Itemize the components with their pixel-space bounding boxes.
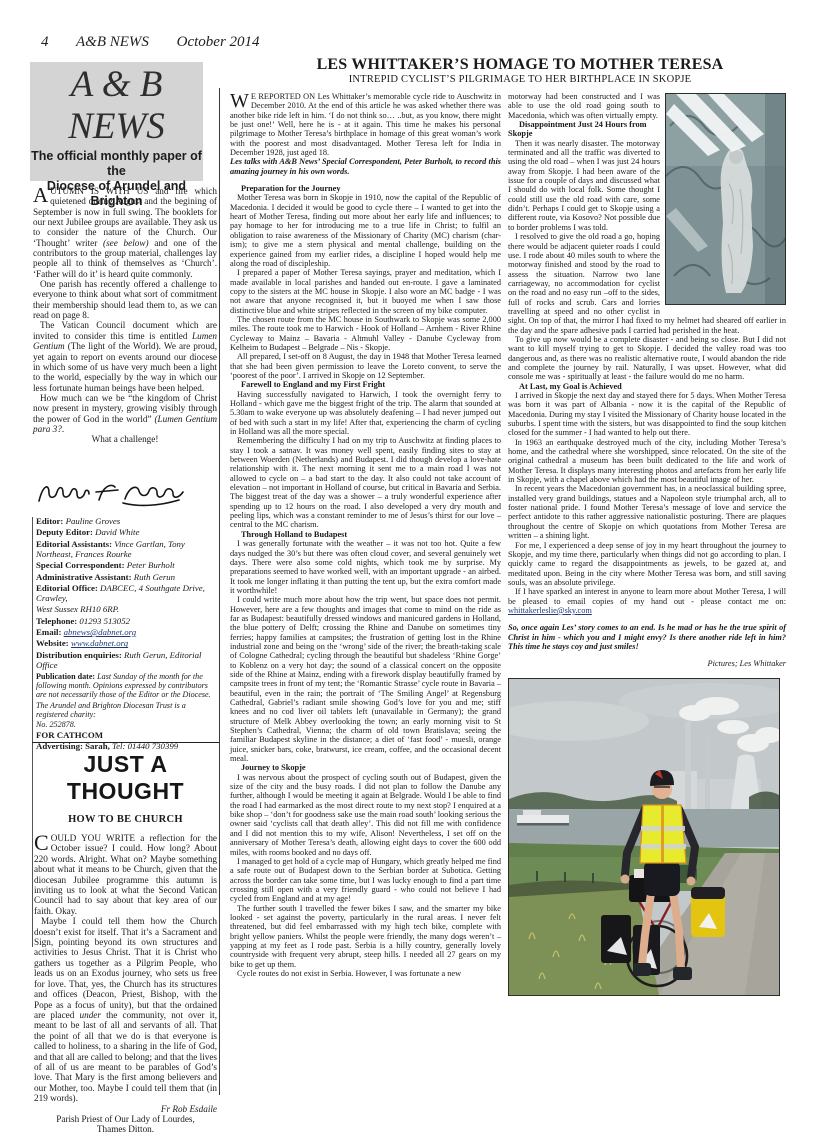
signature-image — [33, 479, 191, 509]
paragraph: In recent years the Macedonian governmen… — [508, 484, 786, 540]
paragraph: The chosen route from the MC house in So… — [230, 315, 501, 352]
how-to-be-church-heading: HOW TO BE CHURCH — [32, 814, 219, 825]
paragraph: If I have sparked an interest in anyone … — [508, 587, 786, 615]
editor-credit-line: Administrative Assistant: Ruth Gerun — [36, 573, 216, 583]
paragraph: What a challenge! — [33, 434, 217, 444]
paragraph: Fr Rob Esdaile — [34, 1104, 217, 1114]
text-run: Mother Teresa was born in Skopje in 1910… — [230, 193, 501, 267]
article-column-1: WE REPORTED ON Les Whittaker’s memorable… — [230, 92, 501, 996]
paragraph: Remembering the difficulty I had on my t… — [230, 436, 501, 529]
paragraph: I was generally fortunate with the weath… — [230, 539, 501, 595]
text-run: The chosen route from the MC house in So… — [230, 315, 501, 352]
website-link[interactable]: www.dabnet.org — [71, 638, 128, 648]
paragraph: AUTUMN IS WITH US and life which quieten… — [33, 186, 217, 279]
text-run: Publication date: — [36, 672, 97, 681]
text-run: Administrative Assistant: — [36, 572, 134, 582]
text-run: I was nervous about the prospect of cycl… — [230, 773, 501, 857]
paragraph: WE REPORTED ON Les Whittaker’s memorable… — [230, 92, 501, 157]
paragraph: Having successfully navigated to Harwich… — [230, 390, 501, 437]
just-a-thought-section: JUST A THOUGHT HOW TO BE CHURCH COULD YO… — [32, 742, 219, 1133]
text-run: Website: — [36, 638, 71, 648]
article-title: LES WHITTAKER’S HOMAGE TO MOTHER TERESA — [225, 56, 815, 74]
editor-credit-line: Distribution enquiries: Ruth Gerun, Edit… — [36, 651, 216, 671]
drop-cap: A — [33, 186, 50, 204]
paragraph: Les talks with A&B News’ Special Corresp… — [230, 157, 501, 176]
text-run: In 1963 an earthquake destroyed much of … — [508, 438, 786, 484]
text-run: Then it was nearly disaster. The motorwa… — [508, 139, 660, 232]
editor-credit-line: West Sussex RH10 6RP. — [36, 605, 216, 615]
text-run: In recent years the Macedonian governmen… — [508, 484, 786, 540]
editor-credit-line: Email: abnews@dabnet.org — [36, 628, 216, 638]
text-run: Preparation for the Journey — [241, 184, 340, 193]
page-header: 4 A&B NEWS October 2014 — [41, 34, 284, 51]
section-heading: At Last, my Goal is Achieved — [508, 382, 786, 391]
just-a-thought-title: JUST A THOUGHT — [32, 751, 219, 805]
text-run: To give up now would be a complete disas… — [508, 335, 786, 381]
masthead: A & B NEWS The official monthly paper of… — [30, 62, 203, 181]
text-run: (see below) — [103, 238, 149, 248]
text-run: So, once again Les’ story comes to an en… — [508, 623, 786, 651]
text-run: Fr Rob Esdaile — [161, 1104, 217, 1114]
text-run: Ruth Gerun — [134, 572, 175, 582]
text-run: Pauline Groves — [66, 516, 121, 526]
just-a-thought-body: COULD YOU WRITE a reflection for the Oct… — [32, 833, 219, 1133]
text-run: OULD YOU WRITE a reflection for the Octo… — [34, 833, 217, 916]
paragraph: I was nervous about the prospect of cycl… — [230, 773, 501, 857]
editor-credit-line: Editor: Pauline Groves — [36, 517, 216, 527]
section-heading: Farewell to England and my First Fright — [230, 380, 501, 389]
text-run: If I have sparked an interest in anyone … — [508, 587, 786, 605]
page-number: 4 — [41, 34, 49, 50]
article-body: WE REPORTED ON Les Whittaker’s memorable… — [230, 92, 786, 996]
text-run: No. 252878. — [36, 720, 76, 729]
text-run: David White — [95, 527, 139, 537]
text-run: West Sussex RH10 6RP. — [36, 604, 119, 614]
text-run: Editorial Office: — [36, 583, 100, 593]
section-heading: Preparation for the Journey — [230, 184, 501, 193]
text-run: Through Holland to Budapest — [241, 530, 347, 539]
paragraph: In 1963 an earthquake destroyed much of … — [508, 438, 786, 485]
picture-credit: Pictures; Les Whittaker — [508, 659, 786, 668]
paragraph: Maybe I could tell them how the Church d… — [34, 916, 217, 1103]
statue-figure — [721, 147, 753, 293]
editor-credit-line: Website: www.dabnet.org — [36, 639, 216, 649]
text-run: Disappointment Just 24 Hours from Skopje — [508, 120, 647, 138]
text-run: Les talks with A&B News’ Special Corresp… — [230, 157, 501, 175]
issue-date: October 2014 — [177, 34, 260, 50]
section-heading: Through Holland to Budapest — [230, 530, 501, 539]
paragraph: I managed to get hold of a cycle map of … — [230, 857, 501, 904]
drop-cap: W — [230, 92, 251, 109]
drop-cap: C — [34, 833, 51, 852]
text-run: Editor: — [36, 516, 66, 526]
paragraph: All prepared, I set-off on 8 August, the… — [230, 352, 501, 380]
paragraph: Parish Priest of Our Lady of Lourdes, — [34, 1114, 217, 1124]
text-run: Having successfully navigated to Harwich… — [230, 390, 501, 436]
editor-credit-line: Editorial Assistants: Vince Gartlan, Ton… — [36, 540, 216, 560]
paragraph: One parish has recently offered a challe… — [33, 279, 217, 320]
text-run: Farewell to England and my First Fright — [241, 380, 385, 389]
editor-credit-line: Deputy Editor: David White — [36, 528, 216, 538]
paragraph: So, once again Les’ story comes to an en… — [508, 623, 786, 651]
paper-title: A&B NEWS — [76, 34, 149, 50]
paragraph: Mother Teresa was born in Skopje in 1910… — [230, 193, 501, 268]
text-run: What a challenge! — [92, 434, 159, 444]
masthead-title-top: A & B — [30, 65, 203, 104]
text-run: I could write much more about how the tr… — [230, 595, 501, 763]
article-subtitle: INTREPID CYCLIST’S PILGRIMAGE TO HER BIR… — [225, 74, 815, 85]
text-run: the community, not over it, meant to be … — [34, 1010, 217, 1103]
editor-panel: Editor: Pauline GrovesDeputy Editor: Dav… — [36, 517, 216, 754]
newspaper-page: 4 A&B NEWS October 2014 A & B NEWS The o… — [0, 0, 819, 1133]
text-run: Cycle routes do not exist in Serbia. How… — [237, 969, 461, 978]
paragraph: To give up now would be a complete disas… — [508, 335, 786, 382]
masthead-title-bottom: NEWS — [30, 107, 203, 146]
text-run: The Arundel and Brighton Diocesan Trust … — [36, 701, 186, 719]
paragraph: Cycle routes do not exist in Serbia. How… — [230, 969, 501, 978]
text-run: Editorial Assistants: — [36, 539, 114, 549]
text-run: . — [62, 424, 64, 434]
text-run: motorway had been constructed and I was … — [508, 92, 660, 120]
editor-credit-line: Special Correspondent: Peter Burholt — [36, 561, 216, 571]
section-heading: Journey to Skopje — [230, 763, 501, 772]
text-run: Remembering the difficulty I had on my t… — [230, 436, 501, 529]
editor-signature — [33, 479, 217, 509]
text-run: 01293 513052 — [79, 616, 130, 626]
text-run: E REPORTED ON Les Whittaker’s memorable … — [230, 92, 501, 157]
paragraph: COULD YOU WRITE a reflection for the Oct… — [34, 833, 217, 916]
text-run: I was generally fortunate with the weath… — [230, 539, 501, 595]
text-run: All prepared, I set-off on 8 August, the… — [230, 352, 501, 380]
text-run: Maybe I could tell them how the Church d… — [34, 916, 217, 1020]
mother-teresa-memorial-photo — [665, 93, 786, 305]
email-link[interactable]: abnews@dabnet.org — [64, 627, 137, 637]
text-run: The further south I travelled the fewer … — [230, 904, 501, 969]
text-run: FOR CATHCOM — [36, 730, 103, 740]
text-run: Thames Ditton. — [97, 1124, 154, 1133]
text-run: I managed to get hold of a cycle map of … — [230, 857, 501, 903]
text-run: At Last, my Goal is Achieved — [519, 382, 622, 391]
cyclist-photo — [508, 678, 780, 996]
paragraph: The Vatican Council document which are i… — [33, 320, 217, 392]
paragraph: The further south I travelled the fewer … — [230, 904, 501, 969]
text-run: I prepared a paper of Mother Teresa sayi… — [230, 268, 501, 314]
paragraph: How much can we be “the kingdom of Chris… — [33, 393, 217, 434]
paragraph: I arrived in Skopje the next day and sta… — [508, 391, 786, 438]
article-column-2: motorway had been constructed and I was … — [508, 92, 786, 996]
paragraph: For me, I experienced a deep sense of jo… — [508, 541, 786, 588]
text-run: Email: — [36, 627, 64, 637]
text-run: For me, I experienced a deep sense of jo… — [508, 541, 786, 587]
text-run: Special Correspondent: — [36, 560, 127, 570]
editor-credit-line: No. 252878. — [36, 720, 216, 729]
text-run: Telephone: — [36, 616, 79, 626]
text-run: Distribution enquiries: — [36, 650, 124, 660]
text-run: One parish has recently offered a challe… — [33, 279, 217, 320]
contact-email-link[interactable]: whittakerleslie@sky.com — [508, 606, 592, 615]
paragraph: I could write much more about how the tr… — [230, 595, 501, 763]
editor-credit-line: FOR CATHCOM — [36, 731, 216, 741]
sidebar-editorial: AUTUMN IS WITH US and life which quieten… — [33, 186, 217, 445]
text-run: Peter Burholt — [127, 560, 175, 570]
paragraph: Thames Ditton. — [34, 1124, 217, 1133]
river-ship — [517, 815, 569, 824]
text-run: Parish Priest of Our Lady of Lourdes, — [56, 1114, 195, 1124]
text-run: Deputy Editor: — [36, 527, 95, 537]
editor-credit-line: The Arundel and Brighton Diocesan Trust … — [36, 701, 216, 719]
text-run: The Vatican Council document which are i… — [33, 320, 217, 340]
column-divider-rule — [219, 88, 220, 1095]
text-run: I arrived in Skopje the next day and sta… — [508, 391, 786, 437]
editor-credit-line: Telephone: 01293 513052 — [36, 617, 216, 627]
editor-credit-line: Editorial Office: DABCEC, 4 Southgate Dr… — [36, 584, 216, 604]
text-run: Journey to Skopje — [241, 763, 306, 772]
editor-credit-line: Publication date: Last Sunday of the mon… — [36, 672, 216, 699]
paragraph: I prepared a paper of Mother Teresa sayi… — [230, 268, 501, 315]
text-run: under — [80, 1010, 101, 1020]
